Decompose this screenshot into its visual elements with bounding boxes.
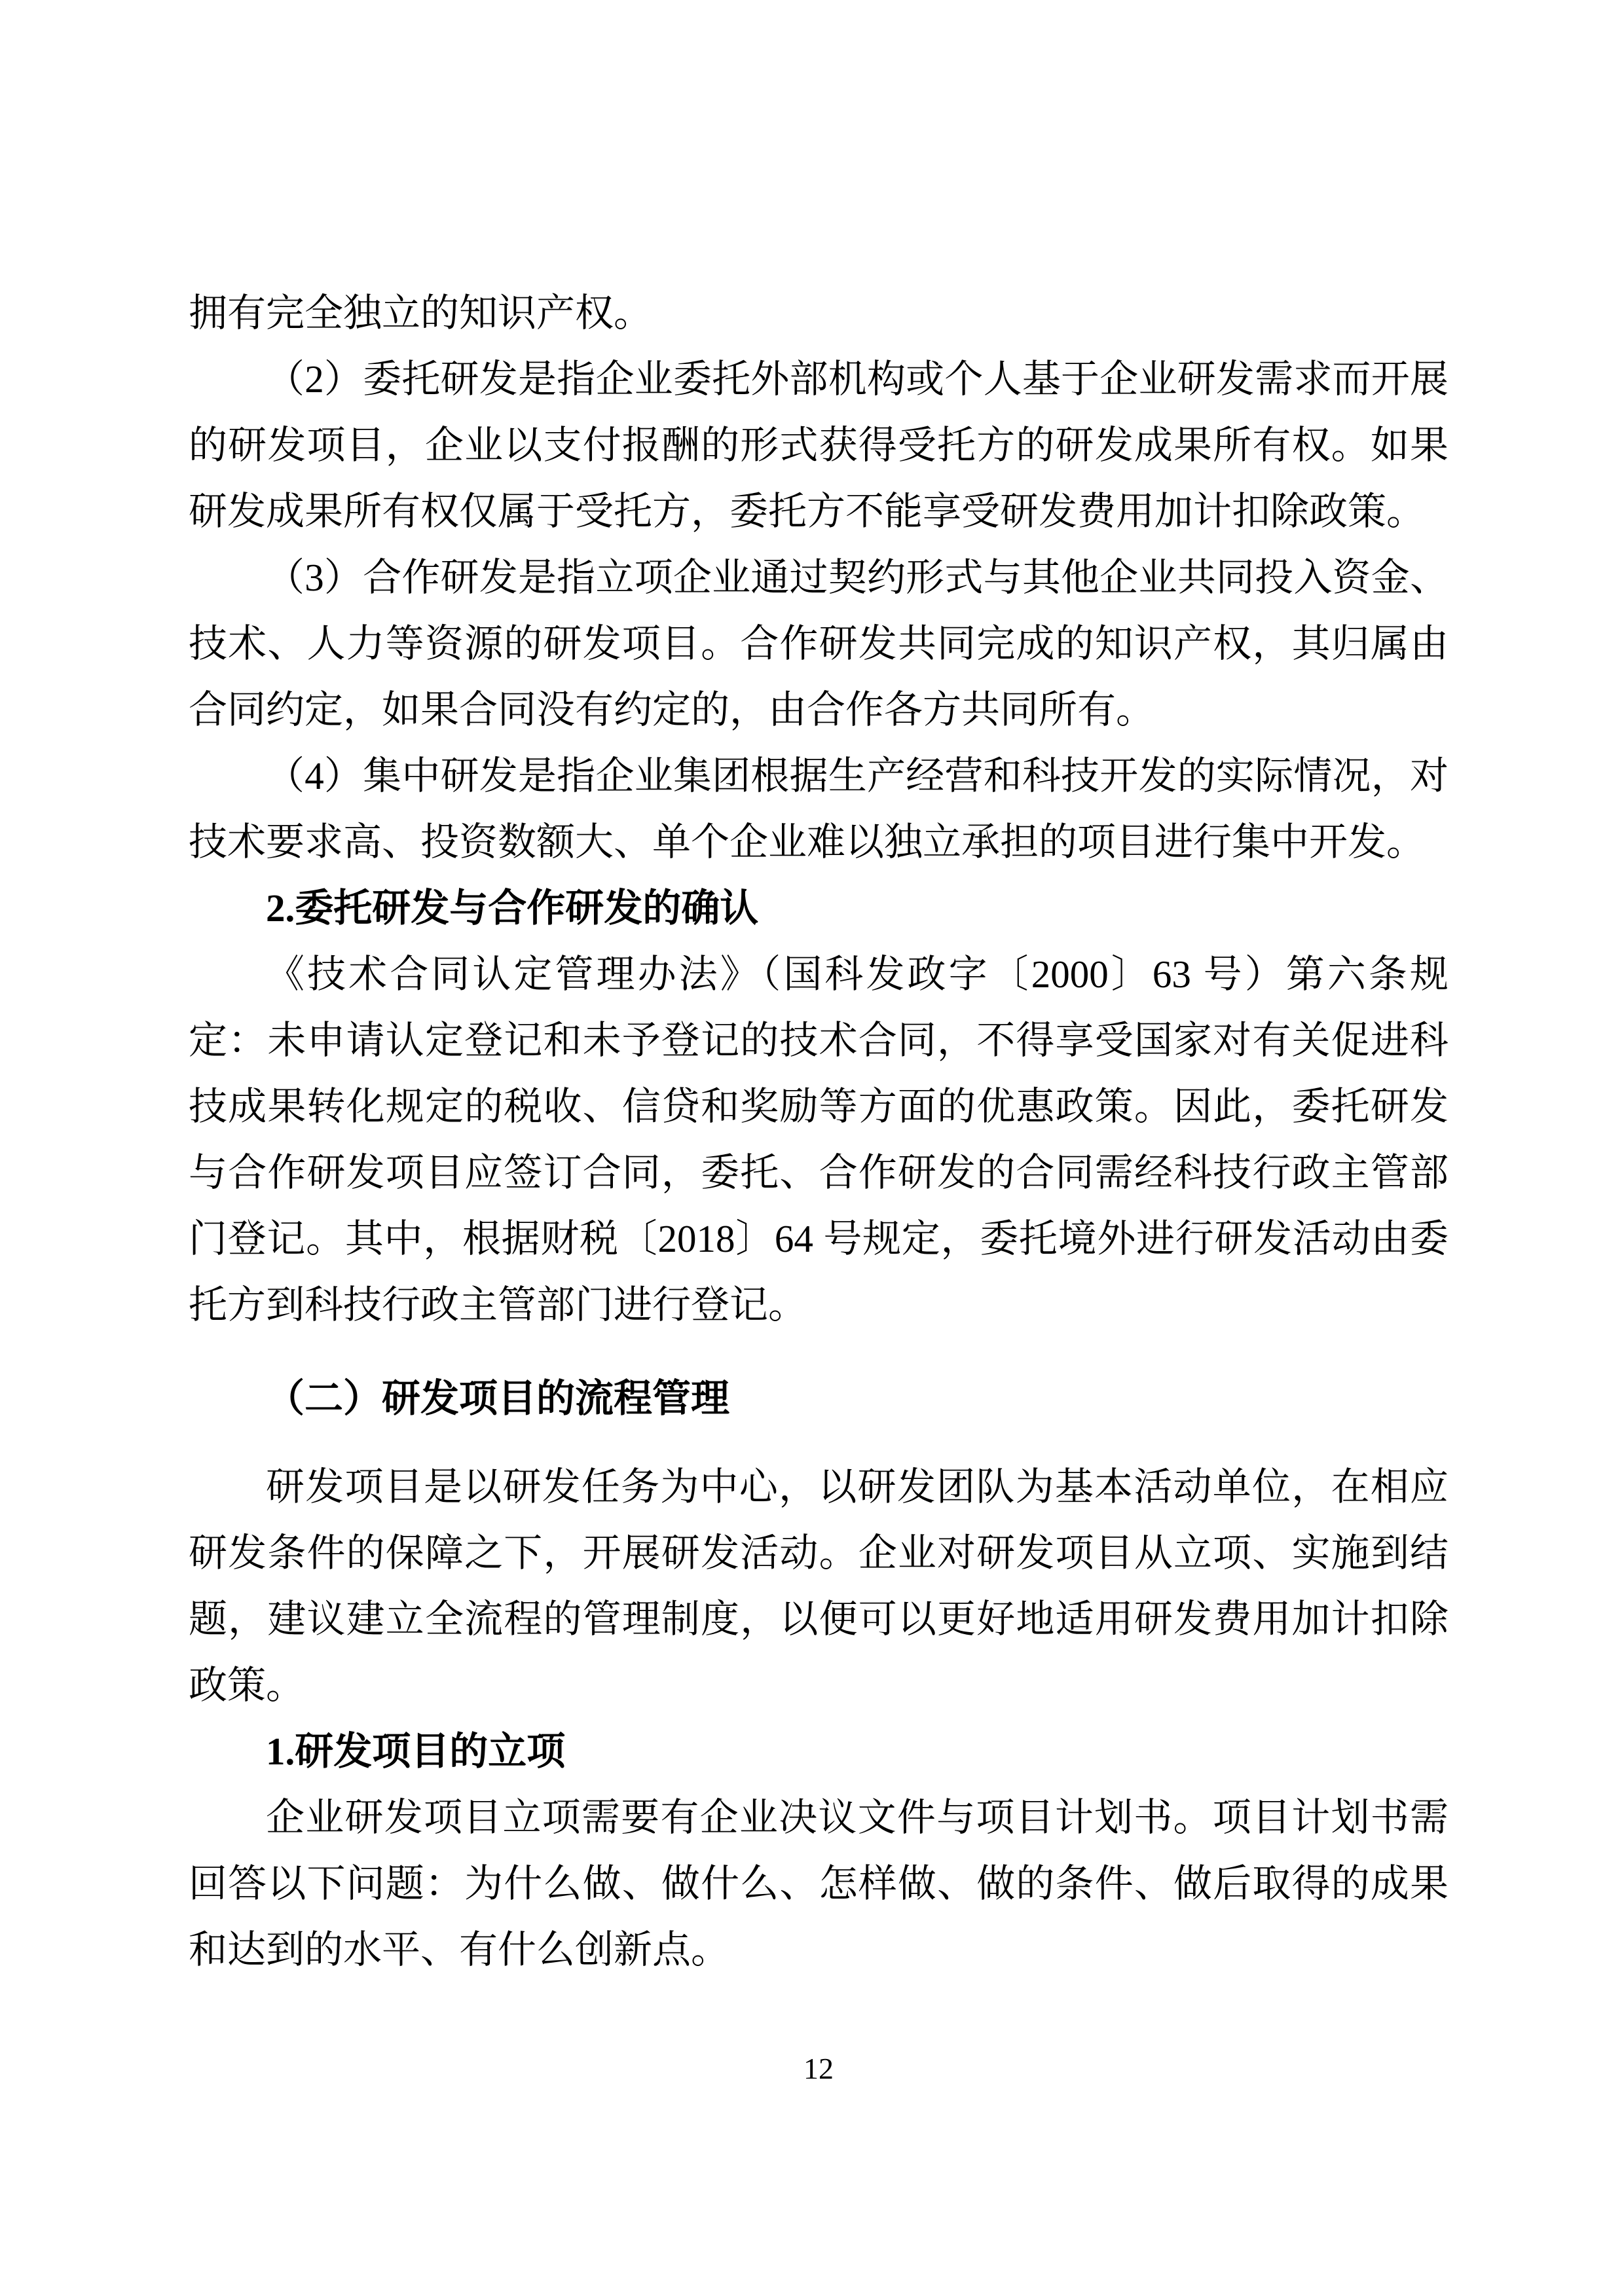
paragraph-centralized-rd-definition: （4）集中研发是指企业集团根据生产经营和科技开发的实际情况，对技术要求高、投资数…	[189, 743, 1449, 875]
page-number: 12	[803, 2052, 834, 2085]
paragraph-rd-project-initiation-requirements: 企业研发项目立项需要有企业决议文件与项目计划书。项目计划书需回答以下问题：为什么…	[189, 1785, 1449, 1983]
paragraph-continuation-ip-ownership: 拥有完全独立的知识产权。	[189, 280, 1449, 346]
paragraph-rd-project-process-overview: 研发项目是以研发任务为中心，以研发团队为基本活动单位，在相应研发条件的保障之下，…	[189, 1454, 1449, 1719]
document-body: 拥有完全独立的知识产权。 （2）委托研发是指企业委托外部机构或个人基于企业研发需…	[189, 280, 1449, 1983]
document-page: 拥有完全独立的知识产权。 （2）委托研发是指企业委托外部机构或个人基于企业研发需…	[0, 0, 1624, 2296]
heading-rd-project-initiation: 1.研发项目的立项	[189, 1719, 1449, 1785]
heading-confirmation-of-entrusted-cooperative-rd: 2.委托研发与合作研发的确认	[189, 875, 1449, 941]
heading-rd-project-process-management: （二）研发项目的流程管理	[189, 1366, 1449, 1432]
paragraph-entrusted-rd-definition: （2）委托研发是指企业委托外部机构或个人基于企业研发需求而开展的研发项目，企业以…	[189, 346, 1449, 545]
paragraph-technical-contract-registration: 《技术合同认定管理办法》（国科发政字〔2000〕63 号）第六条规定：未申请认定…	[189, 941, 1449, 1338]
page-footer: 12	[189, 2049, 1449, 2088]
paragraph-cooperative-rd-definition: （3）合作研发是指立项企业通过契约形式与其他企业共同投入资金、技术、人力等资源的…	[189, 545, 1449, 743]
